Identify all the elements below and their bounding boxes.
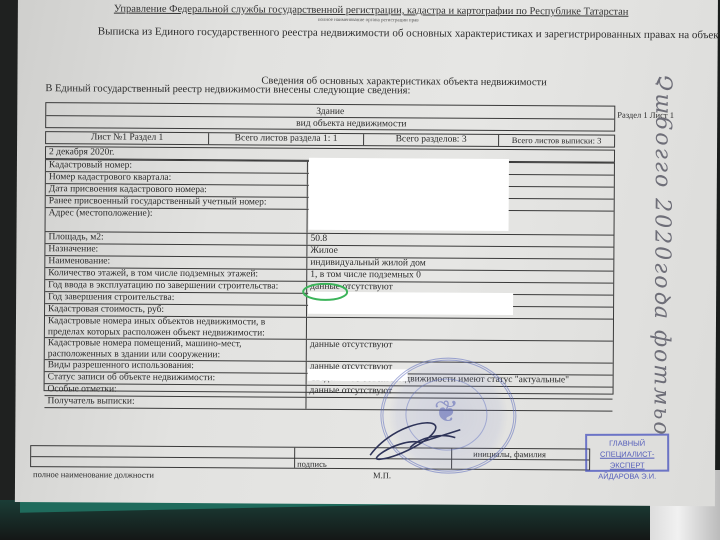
field-value bbox=[307, 318, 613, 341]
field-label: Получатель выписки: bbox=[44, 396, 306, 409]
handwritten-note: Չա6օгго 2020гоꝺа фотмьо bbox=[637, 64, 690, 484]
signature-caption: подпись bbox=[297, 459, 327, 469]
sheet-info-row: Лист №1 Раздел 1 Всего листов раздела 1:… bbox=[45, 131, 615, 147]
highlight-ellipse bbox=[300, 280, 350, 304]
field-label: Адрес (местоположение): bbox=[46, 208, 308, 233]
handwritten-text: Չա6օгго 2020гоꝺа фотмьо bbox=[647, 74, 679, 437]
field-label: Кадастровые номера помещений, машино-мес… bbox=[45, 338, 307, 361]
object-kind: Здание bbox=[316, 107, 344, 117]
redacted-recipient bbox=[308, 369, 408, 382]
field-value: 1, в том числе подземных 0 bbox=[307, 270, 613, 283]
field-row: Получатель выписки: bbox=[44, 396, 612, 411]
field-value: Жилое bbox=[307, 246, 613, 259]
field-value: 50.8 bbox=[307, 234, 613, 247]
field-label: Статус записи об объекте недвижимости: bbox=[45, 372, 307, 385]
agency-name: Управление Федеральной службы государств… bbox=[114, 4, 629, 18]
field-label: Год ввода в эксплуатацию по завершении с… bbox=[45, 280, 307, 293]
position-caption: полное наименование должности bbox=[33, 469, 154, 480]
object-kind-caption: вид объекта недвижимости bbox=[296, 119, 406, 130]
field-label: Дата присвоения кадастрового номера: bbox=[46, 184, 308, 197]
field-label: Номер кадастрового квартала: bbox=[46, 172, 308, 185]
field-label: Год завершения строительства: bbox=[45, 292, 307, 305]
sheets-in-section: Всего листов раздела 1: 1 bbox=[209, 133, 364, 145]
intro-text: В Единый государственный реестр недвижим… bbox=[45, 83, 410, 96]
field-label: Наименование: bbox=[45, 256, 307, 269]
document-page: Управление Федеральной службы государств… bbox=[15, 0, 718, 506]
total-sections: Всего разделов: 3 bbox=[364, 134, 499, 146]
seal-caption: М.П. bbox=[373, 470, 391, 480]
sheet-label: Лист №1 Раздел 1 bbox=[46, 132, 209, 144]
total-sheets: Всего листов выписки: 3 bbox=[499, 135, 614, 147]
signature-scribble bbox=[360, 407, 470, 468]
field-value: индивидуальный жилой дом bbox=[307, 258, 613, 271]
field-label: Виды разрешенного использования: bbox=[45, 360, 307, 373]
extract-title: Выписка из Единого государственного реес… bbox=[98, 25, 720, 41]
object-kind-box: Здание вид объекта недвижимости bbox=[45, 102, 615, 131]
field-label: Количество этажей, в том числе подземных… bbox=[45, 268, 307, 281]
field-label: Ранее присвоенный государственный учетны… bbox=[46, 196, 308, 209]
field-label: Кадастровые номера иных объектов недвижи… bbox=[45, 316, 307, 339]
field-label: Кадастровый номер: bbox=[46, 160, 308, 173]
agency-caption: полное наименование органа регистрации п… bbox=[318, 18, 419, 24]
redacted-block bbox=[309, 158, 509, 231]
field-label: Особые отметки: bbox=[45, 384, 307, 397]
field-label: Назначение: bbox=[45, 244, 307, 257]
field-label: Кадастровая стоимость, руб: bbox=[45, 304, 307, 317]
field-label: Площадь, м2: bbox=[45, 232, 307, 245]
